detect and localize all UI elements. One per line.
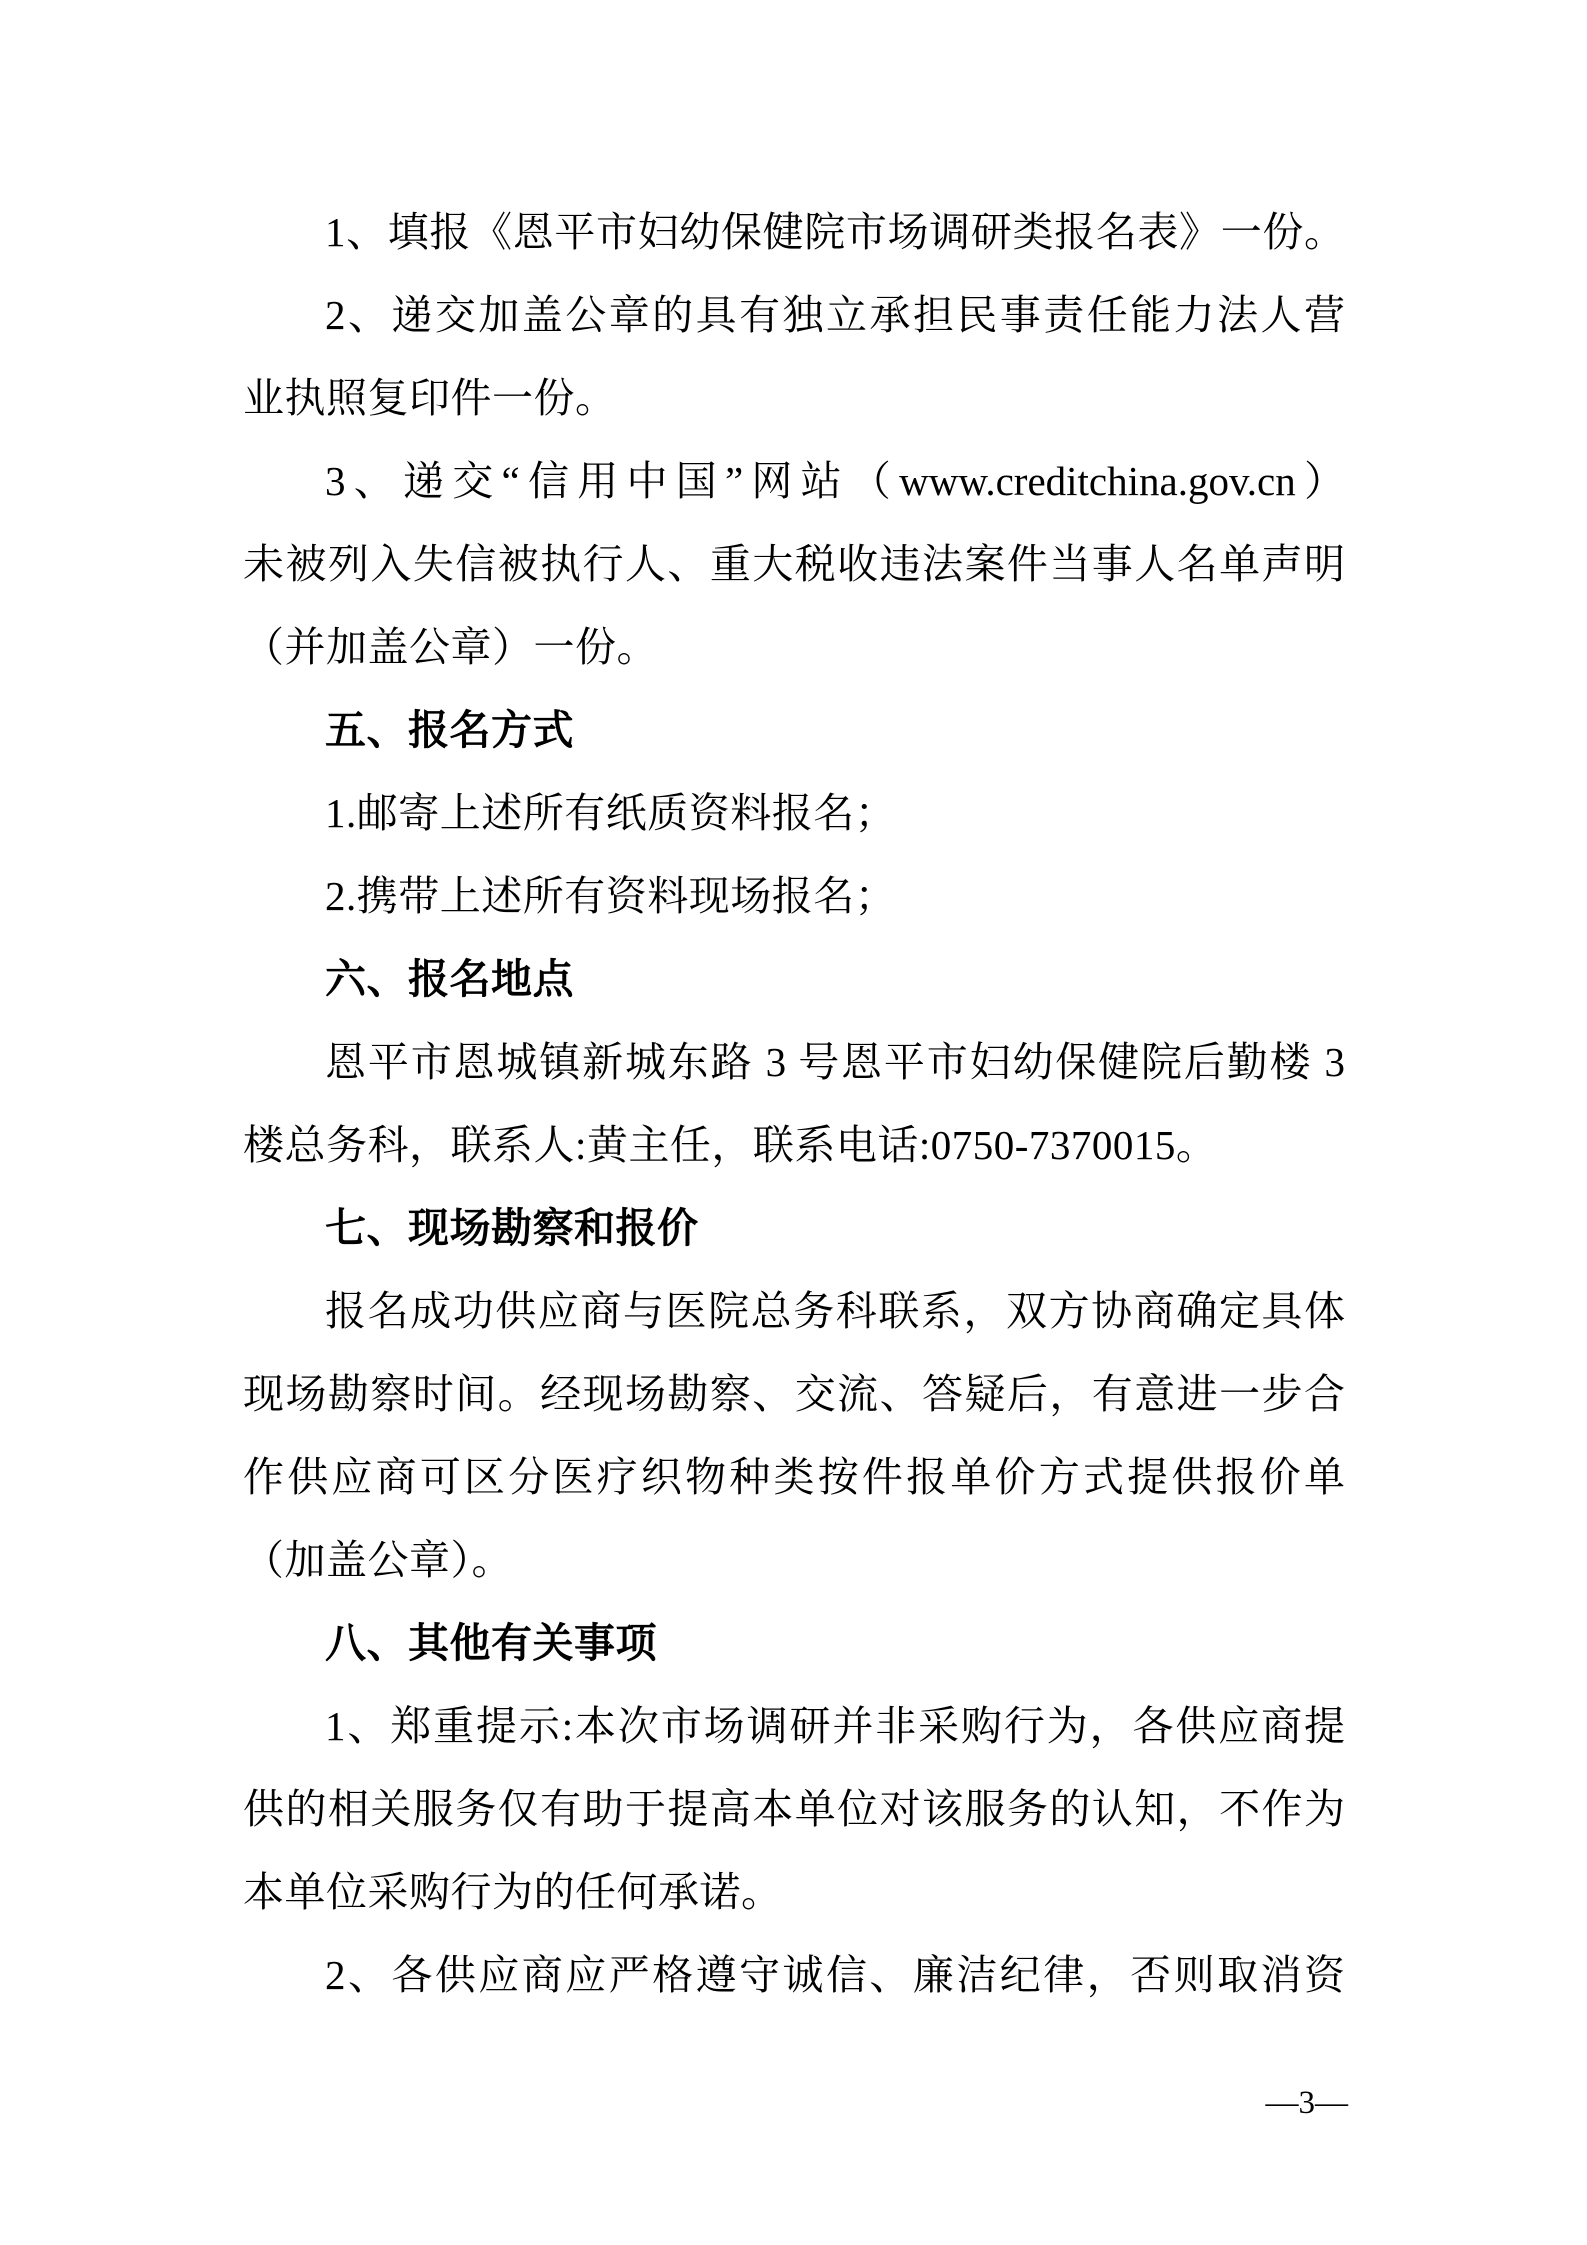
text-line: （加盖公章）。	[243, 1519, 1345, 1602]
section-heading: 七、现场勘察和报价	[243, 1187, 1345, 1270]
text-line: 未被列入失信被执行人、重大税收违法案件当事人名单声明	[243, 523, 1345, 606]
text-line: 作供应商可区分医疗织物种类按件报单价方式提供报价单	[243, 1436, 1345, 1519]
text-line: 业执照复印件一份。	[243, 357, 1345, 440]
section-heading: 八、其他有关事项	[243, 1602, 1345, 1685]
text-line: 2、各供应商应严格遵守诚信、廉洁纪律，否则取消资	[243, 1934, 1345, 2017]
text-line: 恩平市恩城镇新城东路 3 号恩平市妇幼保健院后勤楼 3	[243, 1021, 1345, 1104]
text-line: 报名成功供应商与医院总务科联系，双方协商确定具体	[243, 1270, 1345, 1353]
text-line: 3、递交“信用中国”网站（www.creditchina.gov.cn）	[243, 440, 1345, 523]
text-line: 楼总务科，联系人:黄主任，联系电话:0750-7370015。	[243, 1104, 1345, 1187]
text-line: 现场勘察时间。经现场勘察、交流、答疑后，有意进一步合	[243, 1353, 1345, 1436]
page-number: —3—	[1266, 2087, 1349, 2120]
text-line: 供的相关服务仅有助于提高本单位对该服务的认知，不作为	[243, 1768, 1345, 1851]
section-heading: 六、报名地点	[243, 938, 1345, 1021]
text-line: （并加盖公章）一份。	[243, 606, 1345, 689]
document-body: 1、填报《恩平市妇幼保健院市场调研类报名表》一份。2、递交加盖公章的具有独立承担…	[243, 191, 1345, 2017]
section-heading: 五、报名方式	[243, 689, 1345, 772]
text-line: 1、填报《恩平市妇幼保健院市场调研类报名表》一份。	[243, 191, 1345, 274]
text-line: 2、递交加盖公章的具有独立承担民事责任能力法人营	[243, 274, 1345, 357]
document-page: 1、填报《恩平市妇幼保健院市场调研类报名表》一份。2、递交加盖公章的具有独立承担…	[0, 0, 1587, 2245]
text-line: 1、郑重提示:本次市场调研并非采购行为，各供应商提	[243, 1685, 1345, 1768]
text-line: 本单位采购行为的任何承诺。	[243, 1851, 1345, 1934]
text-line: 2.携带上述所有资料现场报名；	[243, 855, 1345, 938]
text-line: 1.邮寄上述所有纸质资料报名；	[243, 772, 1345, 855]
